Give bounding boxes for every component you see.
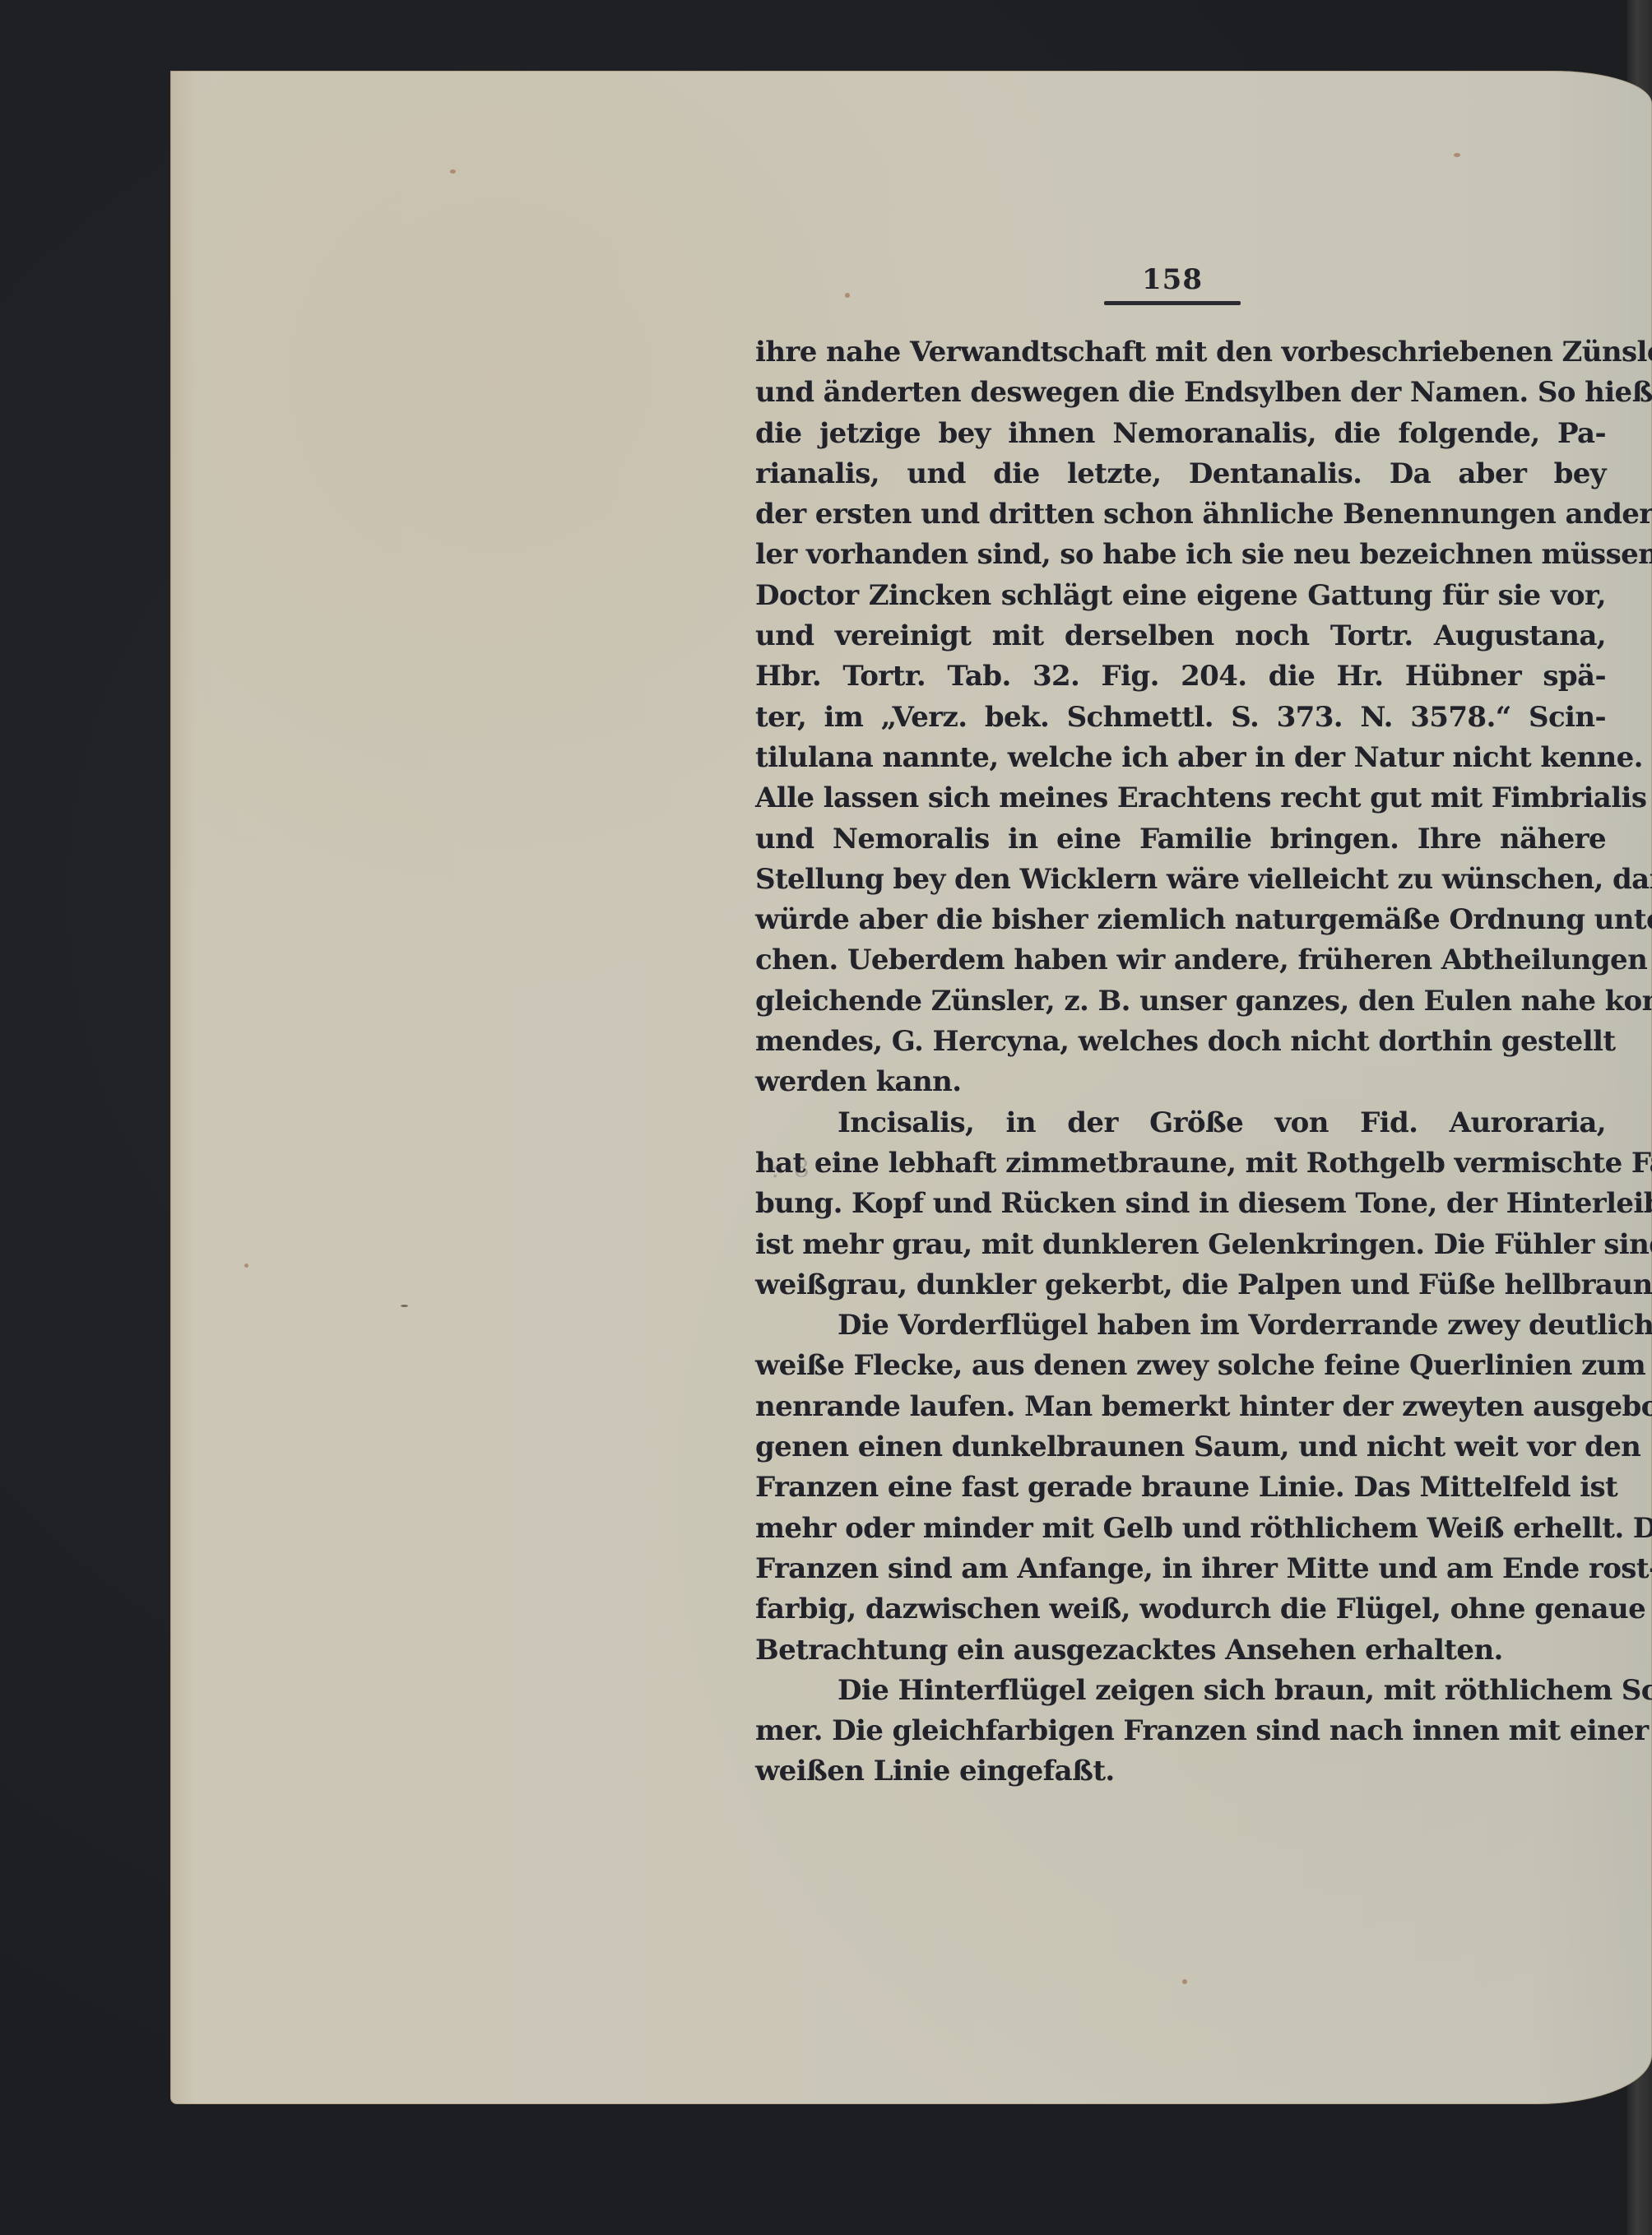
page-number: 158 (1102, 263, 1242, 296)
paragraph-end-line: Betrachtung ein ausgezacktes Ansehen erh… (755, 1630, 1606, 1671)
paper-speck (1182, 1979, 1187, 1984)
paragraph-end-line: weißen Linie eingefaßt. (755, 1751, 1606, 1792)
text-line: bung. Kopf und Rücken sind in diesem Ton… (755, 1184, 1606, 1224)
book-page: 158 -: 8 ihre nahe Verwandtschaft mit de… (170, 71, 1652, 2104)
paragraph-start-line: Die Hinterflügel zeigen sich braun, mit … (755, 1671, 1606, 1711)
paper-speck (244, 1264, 248, 1268)
text-line: der ersten und dritten schon ähnliche Be… (755, 494, 1606, 535)
text-line: und vereinigt mit derselben noch Tortr. … (755, 616, 1606, 656)
text-line: gleichende Zünsler, z. B. unser ganzes, … (755, 981, 1606, 1022)
header-rule (1104, 301, 1241, 305)
text-line: chen. Ueberdem haben wir andere, frühere… (755, 940, 1606, 981)
paragraph-start-line: Incisalis, in der Größe von Fid. Aurorar… (755, 1103, 1606, 1143)
text-line: Doctor Zincken schlägt eine eigene Gattu… (755, 576, 1606, 616)
text-line: Stellung bey den Wicklern wäre vielleich… (755, 860, 1606, 900)
text-line: mendes, G. Hercyna, welches doch nicht d… (755, 1022, 1606, 1062)
text-line: würde aber die bisher ziemlich naturgemä… (755, 900, 1606, 940)
paragraph-end-line: weißgrau, dunkler gekerbt, die Palpen un… (755, 1265, 1606, 1305)
paragraph-start-line: Die Vorderflügel haben im Vorderrande zw… (755, 1305, 1606, 1346)
text-line: mer. Die gleichfarbigen Franzen sind nac… (755, 1711, 1606, 1751)
page-header: 158 (1102, 263, 1242, 305)
text-line: Franzen eine fast gerade braune Linie. D… (755, 1468, 1606, 1508)
text-line: weiße Flecke, aus denen zwey solche fein… (755, 1346, 1606, 1386)
text-line: tilulana nannte, welche ich aber in der … (755, 738, 1606, 778)
text-line: hat eine lebhaft zimmetbraune, mit Rothg… (755, 1143, 1606, 1184)
text-line: mehr oder minder mit Gelb und röthlichem… (755, 1509, 1606, 1549)
text-line: genen einen dunkelbraunen Saum, und nich… (755, 1427, 1606, 1468)
text-line: Franzen sind am Anfange, in ihrer Mitte … (755, 1549, 1606, 1589)
text-line: ter, im „Verz. bek. Schmettl. S. 373. N.… (755, 698, 1606, 738)
text-line: und Nemoralis in eine Familie bringen. I… (755, 819, 1606, 860)
text-line: Alle lassen sich meines Erachtens recht … (755, 778, 1606, 818)
text-line: ler vorhanden sind, so habe ich sie neu … (755, 535, 1606, 575)
text-line: die jetzige bey ihnen Nemoranalis, die f… (755, 414, 1606, 454)
paper-speck (450, 169, 456, 174)
body-text: ihre nahe Verwandtschaft mit den vorbesc… (755, 332, 1606, 1792)
text-line: Hbr. Tortr. Tab. 32. Fig. 204. die Hr. H… (755, 656, 1606, 697)
paragraph-end-line: werden kann. (755, 1062, 1606, 1102)
text-line: ihre nahe Verwandtschaft mit den vorbesc… (755, 332, 1606, 373)
text-line: nenrande laufen. Man bemerkt hinter der … (755, 1387, 1606, 1427)
text-line: farbig, dazwischen weiß, wodurch die Flü… (755, 1589, 1606, 1630)
text-line: rianalis, und die letzte, Dentanalis. Da… (755, 454, 1606, 494)
paper-speck (1454, 153, 1460, 157)
text-line: und änderten deswegen die Endsylben der … (755, 373, 1606, 413)
text-line: ist mehr grau, mit dunkleren Gelenkringe… (755, 1225, 1606, 1265)
paper-speck (401, 1305, 408, 1307)
paper-speck (845, 293, 850, 298)
